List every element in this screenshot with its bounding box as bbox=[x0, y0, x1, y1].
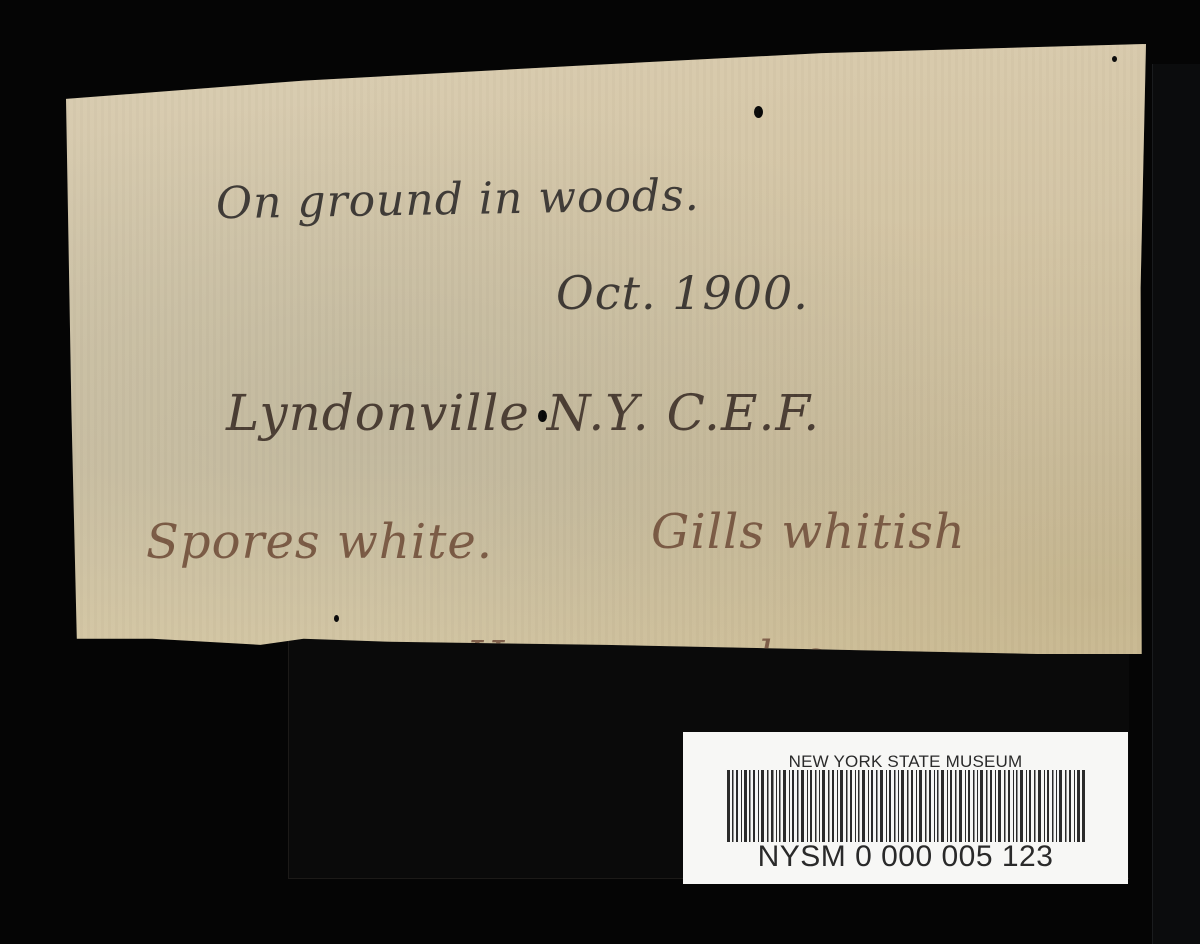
pin-hole bbox=[334, 615, 339, 622]
pin-hole bbox=[538, 410, 547, 422]
barcode-label: NEW YORK STATE MUSEUM bbox=[683, 732, 1128, 884]
locality-collector: Lyndonville N.Y. C.E.F. bbox=[226, 384, 820, 442]
institution-name: NEW YORK STATE MUSEUM bbox=[683, 752, 1128, 772]
pin-hole bbox=[754, 106, 763, 118]
habitat-note: On ground in woods. bbox=[216, 170, 701, 229]
specimen-label-paper: On ground in woods. Oct. 1900. Lyndonvil… bbox=[66, 44, 1146, 654]
barcode-icon bbox=[727, 770, 1085, 842]
spore-note: Spores white. bbox=[146, 514, 493, 570]
mounting-sheet-edge bbox=[1152, 64, 1200, 944]
catalog-number: NYSM 0 000 005 123 bbox=[683, 840, 1128, 874]
collection-date: Oct. 1900. bbox=[556, 266, 809, 320]
gill-note: Gills whitish bbox=[651, 504, 966, 560]
pin-hole bbox=[1112, 56, 1117, 62]
